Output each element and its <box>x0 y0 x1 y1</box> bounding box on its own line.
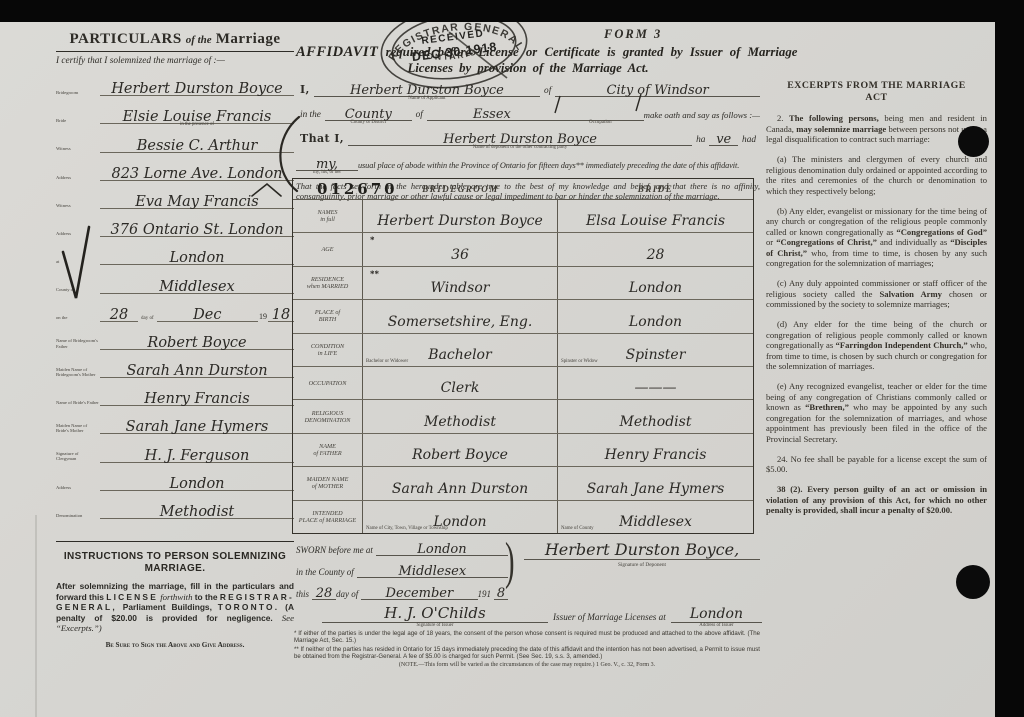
field-row-bridegroom: Bridegroom Herbert Durston Boyce <box>56 68 294 96</box>
handwritten-value: London <box>629 280 682 296</box>
title-text: Marriage <box>216 31 281 47</box>
applicant-place-blank: City of Windsor <box>555 83 760 97</box>
particulars-section: PARTICULARS of the Marriage I certify th… <box>56 30 294 649</box>
handwritten-value: Herbert Durston Boyce <box>111 81 283 97</box>
handwritten-value: Bessie C. Arthur <box>137 138 258 154</box>
handwritten-value: Windsor <box>431 280 490 296</box>
cell-sublabel: Bachelor or Widower <box>366 359 408 364</box>
table-row-age: AGE *36 28 <box>293 233 753 266</box>
handwritten-signature: H. J. O'Childs <box>384 604 485 622</box>
field-line: Robert Boyce <box>100 333 294 350</box>
text-run: “Congregations of Christ,” <box>776 237 877 247</box>
field-row-witness: Witness Bessie C. Arthur <box>56 124 294 152</box>
scanned-marriage-record: PARTICULARS of the Marriage I certify th… <box>0 0 1024 717</box>
groom-cell: Clerk <box>363 367 558 399</box>
handwritten-value: Sarah Ann Durston <box>392 481 528 497</box>
excerpt-paragraph-b: (b) Any elder, evangelist or missionary … <box>766 206 987 269</box>
printed-text: That I, <box>296 132 348 146</box>
bride-cell: Methodist <box>558 400 753 432</box>
field-row-bride-mother: Maiden Name of Bride's Mother Sarah Jane… <box>56 406 294 434</box>
handwritten-value: Henry Francis <box>605 447 707 463</box>
scanner-background-top <box>0 0 1024 22</box>
row-label: PLACE ofBIRTH <box>293 300 363 332</box>
ve-blank: ve <box>709 132 738 146</box>
handwritten-value: Clerk <box>441 380 480 396</box>
excerpts-column: EXCERPTS FROM THE MARRIAGE ACT 2. The fo… <box>766 80 987 525</box>
deponent-name-blank: Herbert Durston Boyce Name of deponent o… <box>348 132 692 146</box>
sworn-line2: in the County of Middlesex <box>296 564 508 578</box>
printed-text: ha <box>692 135 709 146</box>
year-line: 18 <box>268 305 294 322</box>
footnotes: * If either of the parties is under the … <box>294 630 760 671</box>
printed-text: 191 <box>478 589 495 600</box>
handwritten-value: Middlesex <box>159 279 234 295</box>
text-run: may solemnize marriage <box>796 124 886 134</box>
deponent-line: That I, Herbert Durston Boyce Name of de… <box>296 127 760 146</box>
row-label: RELIGIOUSDENOMINATION <box>293 400 363 432</box>
handwritten-month: Dec <box>193 307 221 323</box>
table-body: NAMESin full Herbert Durston Boyce Elsa … <box>293 200 753 533</box>
handwritten-value: Sarah Ann Durston <box>126 363 267 379</box>
field-line: Eva May Francis <box>100 192 294 209</box>
footnote-note: (NOTE.—This form will be varied as the c… <box>294 662 760 669</box>
table-row-condition: CONDITIONin LIFE Bachelor or WidowerBach… <box>293 334 753 367</box>
table-row-religion: RELIGIOUSDENOMINATION Methodist Methodis… <box>293 400 753 433</box>
handwritten-value: 823 Lorne Ave. London <box>111 166 282 182</box>
sworn-line1: SWORN before me at London <box>296 542 508 556</box>
handwritten-year: 18 <box>272 307 290 323</box>
issuer-line: H. J. O'Childs Signature of Issuer Issue… <box>296 604 762 623</box>
handwritten-value: Robert Boyce <box>412 447 508 463</box>
row-label: OCCUPATION <box>293 367 363 399</box>
blank-sublabel: my, his, or her <box>296 171 358 176</box>
cell-sublabel: Spinster or Widow <box>561 359 598 364</box>
field-line: Bessie C. Arthur <box>100 136 294 153</box>
county-name-blank: Essex <box>427 107 557 121</box>
handwritten-value: London <box>690 606 743 622</box>
row-label-line: MAIDEN NAME <box>307 476 349 483</box>
printed-text: I, <box>296 83 314 97</box>
row-label: NAMEof FATHER <box>293 434 363 466</box>
bride-cell: ——— <box>558 367 753 399</box>
issuer-address-label: Address of Issuer <box>671 623 762 628</box>
printed-text: in the County of <box>296 567 357 578</box>
abode-line: my, my, his, or her usual place of abode… <box>296 152 760 171</box>
groom-cell: Sarah Ann Durston <box>363 467 558 499</box>
text-run: Parliament Buildings, <box>117 602 218 612</box>
deponent-signature: Herbert Durston Boyce, <box>524 540 760 560</box>
field-row-clergy-signature: Signature of Clergyman H. J. Ferguson <box>56 434 294 462</box>
handwritten-value: Somersetshire, Eng. <box>388 314 533 330</box>
printed-text: in the <box>296 110 325 121</box>
certify-line: I certify that I solemnized the marriage… <box>56 56 294 66</box>
row-label-line: RELIGIOUS <box>312 410 344 417</box>
printed-text: Issuer of Marriage Licenses at <box>548 612 671 623</box>
row-label-line: PLACE of MARRIAGE <box>299 517 356 524</box>
groom-cell: *36 <box>363 233 558 265</box>
handwritten-value: Methodist <box>620 414 692 430</box>
table-row-mother: MAIDEN NAMEof MOTHER Sarah Ann Durston S… <box>293 467 753 500</box>
bride-cell: Name of CountyMiddlesex <box>558 501 753 533</box>
printed-text: of <box>412 110 427 121</box>
field-row-address: Address London <box>56 463 294 491</box>
groom-cell: Herbert Durston Boyce <box>363 200 558 232</box>
field-line: Sarah Ann Durston <box>100 361 294 378</box>
instructions-body: After solemnizing the marriage, fill in … <box>56 581 294 634</box>
text-run: “Congregations of God” <box>896 227 987 237</box>
excerpt-paragraph-a: (a) The ministers and clergymen of every… <box>766 154 987 196</box>
table-row-birthplace: PLACE ofBIRTH Somersetshire, Eng. London <box>293 300 753 333</box>
table-row-residence: RESIDENCEwhen MARRIED **Windsor London <box>293 267 753 300</box>
groom-cell: Methodist <box>363 400 558 432</box>
text-run: 38 (2). <box>777 484 807 494</box>
occupation-blank: Occupation <box>557 120 644 121</box>
issuer-signature: H. J. O'Childs Signature of Issuer <box>322 604 548 623</box>
column-header-bride: BRIDE <box>558 179 753 199</box>
row-label-line: NAMES <box>318 209 338 216</box>
text-run: “Farringdon Independent Church,” <box>836 340 968 350</box>
groom-cell: **Windsor <box>363 267 558 299</box>
cell-sublabel: Name of City, Town, Village or Township <box>366 526 448 531</box>
excerpts-title-line2: ACT <box>766 92 987 104</box>
excerpt-paragraph-24: 24. No fee shall be payable for a licens… <box>766 454 987 475</box>
excerpt-paragraph-e: (e) Any recognized evangelist, teacher o… <box>766 381 987 444</box>
handwritten-value: 376 Ontario St. London <box>111 222 284 238</box>
row-label: MAIDEN NAMEof MOTHER <box>293 467 363 499</box>
handwritten-county-name: Essex <box>473 107 511 122</box>
row-label: RESIDENCEwhen MARRIED <box>293 267 363 299</box>
field-line: Middlesex <box>100 277 294 294</box>
sworn-section: SWORN before me at London in the County … <box>296 540 762 628</box>
particulars-title: PARTICULARS of the Marriage <box>56 30 294 52</box>
bride-cell: Henry Francis <box>558 434 753 466</box>
issuer-address: London Address of Issuer <box>671 606 762 623</box>
row-label-line: of MOTHER <box>312 483 343 490</box>
handwritten-value: 36 <box>451 247 469 263</box>
handwritten-value: Bachelor <box>428 347 491 363</box>
groom-cell: Bachelor or WidowerBachelor <box>363 334 558 366</box>
blank-sublabel: Occupation <box>557 121 644 126</box>
printed-text: SWORN before me at <box>296 545 376 556</box>
field-line: 823 Lorne Ave. London <box>100 164 294 181</box>
closing-brace: ) <box>505 536 515 588</box>
instructions-footer: Be Sure to Sign the Above and Give Addre… <box>56 641 294 649</box>
handwritten-value: London <box>169 250 224 266</box>
row-label-line: OCCUPATION <box>309 380 347 387</box>
row-label: INTENDEDPLACE of MARRIAGE <box>293 501 363 533</box>
scanner-background-right <box>995 0 1024 717</box>
bride-cell: Spinster or WidowSpinster <box>558 334 753 366</box>
text-run: LICENSE <box>106 592 158 602</box>
field-label: Signature of Clergyman <box>56 451 100 462</box>
text-run: and individually as <box>877 237 950 247</box>
form-number: FORM 3 <box>604 27 662 42</box>
row-label-line: NAME <box>319 443 336 450</box>
groom-cell: Robert Boyce <box>363 434 558 466</box>
sworn-line3: this 28 day of December 191 8 <box>296 586 508 600</box>
row-label-line: INTENDED <box>312 510 342 517</box>
hole-punch-top <box>958 126 989 157</box>
text-run: Salvation Army <box>880 289 942 299</box>
footnote-mark: ** <box>370 269 379 279</box>
handwritten-value: Elsa Louise Francis <box>586 213 725 229</box>
handwritten-value: Methodist <box>160 504 235 520</box>
field-row-county: County of Middlesex <box>56 265 294 293</box>
handwritten-day: 28 <box>110 307 128 323</box>
field-row-address: Address 823 Lorne Ave. London <box>56 153 294 181</box>
cell-sublabel: Name of County <box>561 526 594 531</box>
handwritten-value: Robert Boyce <box>147 335 246 351</box>
handwritten-value: Methodist <box>424 414 496 430</box>
field-row-date: on the 28 day of Dec 19 18 <box>56 294 294 322</box>
text-run: or <box>766 237 776 247</box>
handwritten-month: December <box>386 586 454 601</box>
text-run: The following persons, <box>789 113 879 123</box>
handwritten-value: Spinster <box>626 347 686 363</box>
field-row-groom-mother: Maiden Name of Bridegroom's Mother Sarah… <box>56 350 294 378</box>
row-label-line: AGE <box>321 246 333 253</box>
field-label: Name of Bridegroom's Father <box>56 338 100 349</box>
excerpt-paragraph-d: (d) Any elder for the time being of the … <box>766 319 987 372</box>
groom-cell: Somersetshire, Eng. <box>363 300 558 332</box>
handwritten-signature: H. J. Ferguson <box>145 448 250 464</box>
field-line: Elsie Louise Francis in the presence of <box>100 107 294 124</box>
bride-cell: Sarah Jane Hymers <box>558 467 753 499</box>
field-label: Maiden Name of Bridegroom's Mother <box>56 367 100 378</box>
bride-cell: Elsa Louise Francis <box>558 200 753 232</box>
handwritten-value: London <box>169 476 224 492</box>
printed-text: make oath and say as follows :— <box>644 110 760 121</box>
table-row-intended-place: INTENDEDPLACE of MARRIAGE Name of City, … <box>293 501 753 533</box>
field-row-denomination: Denomination Methodist <box>56 491 294 519</box>
row-label-line: in LIFE <box>318 350 337 357</box>
sworn-day-blank: 28 <box>312 586 336 600</box>
footnote-mark: * <box>370 235 375 245</box>
row-label: AGE <box>293 233 363 265</box>
field-line: H. J. Ferguson <box>100 446 294 463</box>
row-label-line: when MARRIED <box>307 283 348 290</box>
field-line: London <box>100 474 294 491</box>
field-row-bride-father: Name of Bride's Father Henry Francis <box>56 378 294 406</box>
row-label-line: BIRTH <box>319 316 337 323</box>
county-blank: County County or District <box>325 107 412 121</box>
printed-text: had <box>738 135 760 146</box>
footnote-1: * If either of the parties is under the … <box>294 630 760 645</box>
text-run: forthwith <box>158 592 195 602</box>
particulars-fields: Bridegroom Herbert Durston Boyce Bride E… <box>56 68 294 519</box>
footnote-2: ** If neither of the parties has resided… <box>294 646 760 661</box>
handwritten-value: Middlesex <box>399 564 467 579</box>
bride-cell: 28 <box>558 233 753 265</box>
handwritten-value: Henry Francis <box>144 391 249 407</box>
handwritten-value: Sarah Jane Hymers <box>587 481 725 497</box>
blank-sublabel: County or District <box>325 121 412 126</box>
my-blank: my, my, his, or her <box>296 157 358 171</box>
handwritten-value: ——— <box>635 380 677 396</box>
handwritten-value: London <box>417 542 466 557</box>
bride-cell: London <box>558 267 753 299</box>
handwritten-ve: ve <box>716 132 731 147</box>
table-header: 012670 BRIDEGROOM BRIDE <box>293 179 753 200</box>
handwritten-place: City of Windsor <box>607 83 709 98</box>
row-label-line: in full <box>320 216 335 223</box>
handwritten-signature: Herbert Durston Boyce, <box>545 540 739 559</box>
excerpt-paragraph-2: 2. The following persons, being men and … <box>766 113 987 145</box>
field-line: Henry Francis <box>100 389 294 406</box>
field-line: Methodist <box>100 502 294 519</box>
row-label-line: CONDITION <box>311 343 344 350</box>
row-label-line: PLACE of <box>315 309 340 316</box>
field-line: Sarah Jane Hymers <box>100 417 294 434</box>
printed-text: usual place of abode within the Province… <box>358 161 739 171</box>
deponent-signature-label: Signature of Deponent <box>524 562 760 568</box>
handwritten-year: 8 <box>497 586 505 601</box>
title-text: PARTICULARS <box>69 31 181 47</box>
handwritten-value: London <box>629 314 682 330</box>
handwritten-value: 28 <box>647 247 665 263</box>
text-run: 2. <box>777 113 789 123</box>
printed-text: of <box>540 86 555 97</box>
month-line: Dec <box>157 305 258 322</box>
field-row-at: at London <box>56 237 294 265</box>
title-text: of the <box>186 34 212 46</box>
table-row-father: NAMEof FATHER Robert Boyce Henry Francis <box>293 434 753 467</box>
field-line: 376 Ontario St. London <box>100 220 294 237</box>
section-divider <box>56 541 294 542</box>
handwritten-day: 28 <box>316 586 333 601</box>
sworn-county-blank: Middlesex <box>357 564 508 578</box>
issuer-signature-label: Signature of Issuer <box>322 623 548 628</box>
hole-punch-bottom <box>956 565 990 599</box>
field-line: London <box>100 248 294 265</box>
printed-text: this <box>296 589 312 600</box>
blank-sublabel: Name of deponent or the other contractin… <box>348 146 692 151</box>
field-row-witness: Witness Eva May Francis <box>56 181 294 209</box>
handwritten-value: Eva May Francis <box>135 194 259 210</box>
bridegroom-bride-table: 012670 BRIDEGROOM BRIDE NAMESin full Her… <box>292 178 754 534</box>
license-serial-number: 012670 <box>317 180 398 198</box>
text-run: “Brethren,” <box>805 402 849 412</box>
bride-cell: London <box>558 300 753 332</box>
field-row-groom-father: Name of Bridegroom's Father Robert Boyce <box>56 322 294 350</box>
field-label: Maiden Name of Bride's Mother <box>56 423 100 434</box>
row-label: CONDITIONin LIFE <box>293 334 363 366</box>
printed-text: day of <box>336 589 361 600</box>
excerpts-title-line1: EXCERPTS FROM THE MARRIAGE <box>766 80 987 92</box>
sworn-place-blank: London <box>376 542 508 556</box>
handwritten-value: Sarah Jane Hymers <box>126 419 269 435</box>
field-row-address: Address 376 Ontario St. London <box>56 209 294 237</box>
row-label-line: RESIDENCE <box>311 276 344 283</box>
row-label-line: DENOMINATION <box>305 417 351 424</box>
table-row-occupation: OCCUPATION Clerk ——— <box>293 367 753 400</box>
day-line: 28 <box>100 305 138 322</box>
groom-cell: Name of City, Town, Village or TownshipL… <box>363 501 558 533</box>
row-label: NAMESin full <box>293 200 363 232</box>
table-row-names: NAMESin full Herbert Durston Boyce Elsa … <box>293 200 753 233</box>
excerpts-title: EXCERPTS FROM THE MARRIAGE ACT <box>766 80 987 104</box>
year-printed: 19 <box>258 312 268 322</box>
sworn-month-blank: December <box>361 586 477 600</box>
row-label-line: of FATHER <box>313 450 341 457</box>
excerpt-paragraph-38: 38 (2). Every person guilty of an act or… <box>766 484 987 516</box>
text-run: to the <box>195 592 220 602</box>
instructions-title: INSTRUCTIONS TO PERSON SOLEMNIZING MARRI… <box>56 551 294 575</box>
field-line: Herbert Durston Boyce <box>100 79 294 96</box>
handwritten-value: Herbert Durston Boyce <box>377 213 543 229</box>
excerpt-paragraph-c: (c) Any duly appointed commissioner or s… <box>766 278 987 310</box>
field-label: Denomination <box>56 513 100 519</box>
field-row-bride: Bride Elsie Louise Francis in the presen… <box>56 96 294 124</box>
text-run: TORONTO. <box>218 602 280 612</box>
handwritten-value: Middlesex <box>619 514 692 530</box>
